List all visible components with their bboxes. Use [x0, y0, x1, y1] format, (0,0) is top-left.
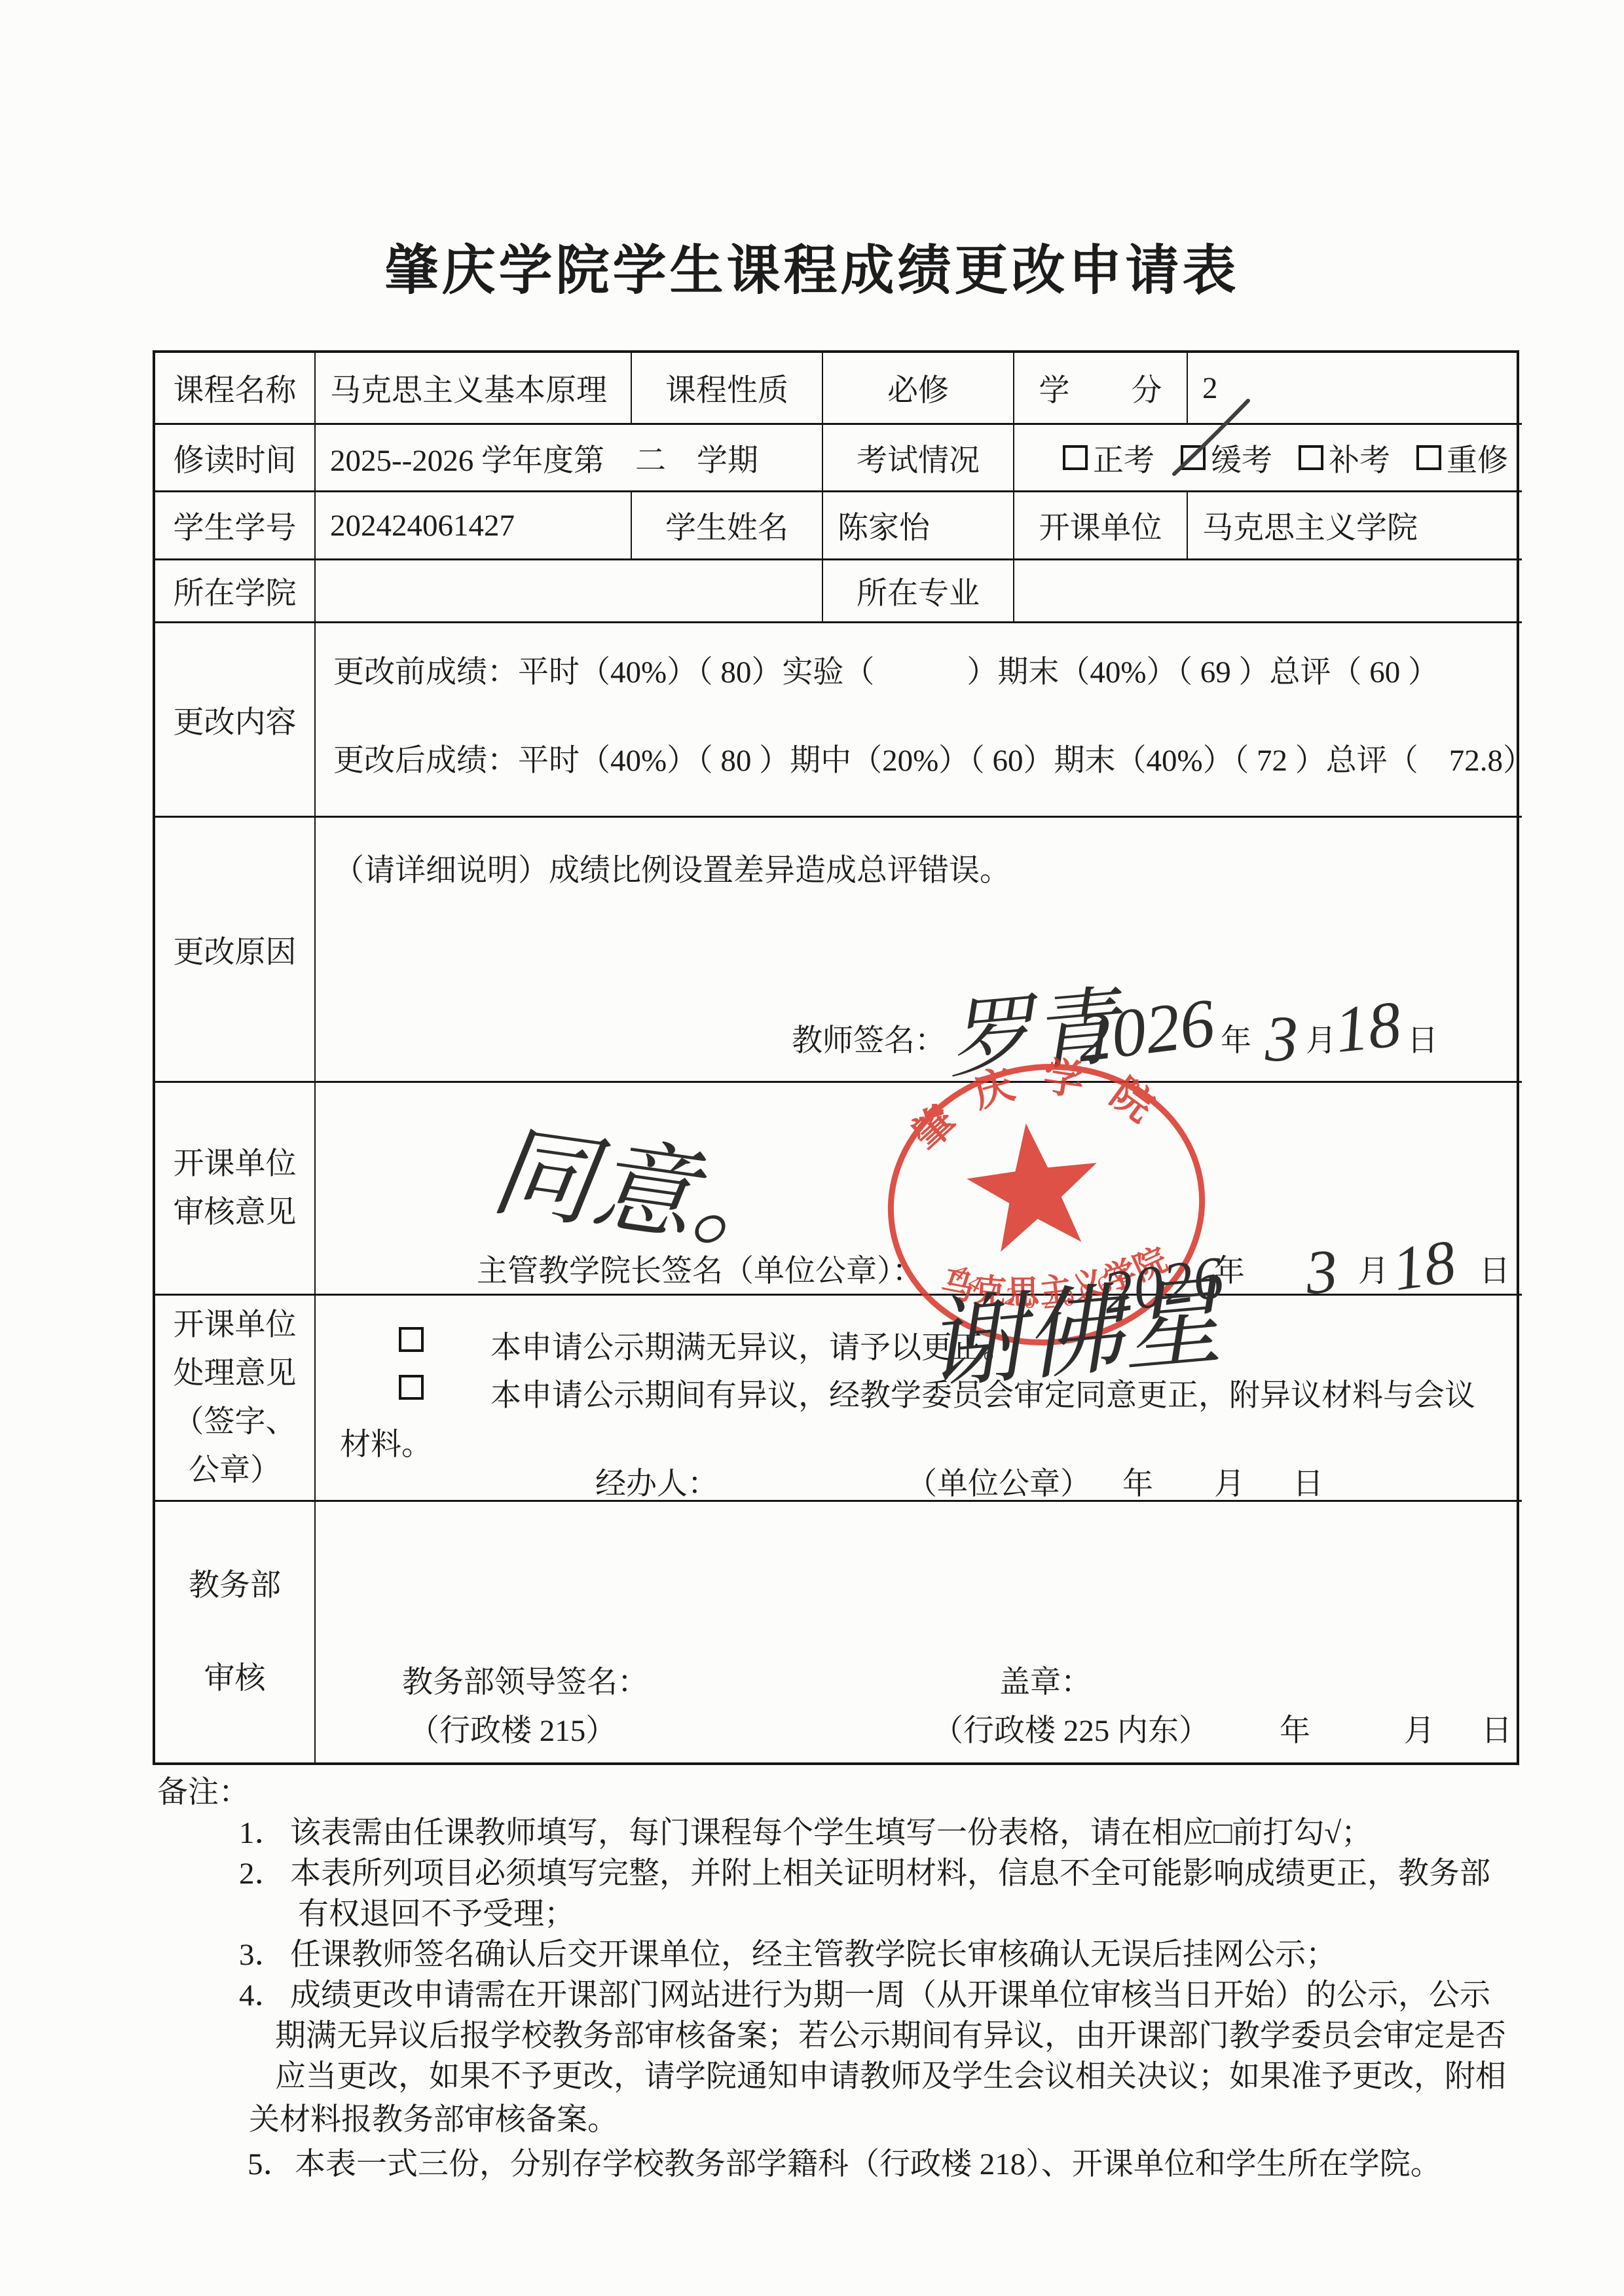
student-name-value: 陈家怡 [823, 492, 1014, 560]
decision-option2-cont: 材料。 [340, 1420, 432, 1464]
dean-sign-label: 主管教学院长签名（单位公章）： [477, 1247, 923, 1290]
course-name-value: 马克思主义基本原理 [316, 353, 632, 425]
exam-options-group: 正考 缓考 补考 重修 [1014, 425, 1522, 492]
unit-decision-label-line2: 处理意见 [174, 1349, 297, 1398]
course-unit-label: 开课单位 [1014, 492, 1188, 560]
exam-option-bukao: 补考 [1299, 436, 1390, 480]
teacher-month-label: 月 [1306, 1016, 1337, 1060]
agent-label: 经办人： [595, 1459, 718, 1503]
note-4-text-line4: 关材料报教务部审核备案。 [249, 2095, 618, 2139]
note-4-text-line2: 期满无异议后报学校教务部审核备案；若公示期间有异议，由开课部门教学委员会审定是否 [275, 2011, 1506, 2055]
unit-review-cell: 主管教学院长签名（单位公章）： 年 月 日 [316, 1083, 1522, 1296]
course-unit-value: 马克思主义学院 [1188, 492, 1522, 560]
unit-decision-label-line1: 开课单位 [174, 1301, 297, 1349]
unit-review-label: 开课单位 审核意见 [155, 1083, 316, 1296]
major-value [1014, 560, 1522, 623]
change-reason-cell: （请详细说明）成绩比例设置差异造成总评错误。 教师签名： 年 月 日 [316, 818, 1522, 1083]
note-4-text-line1: 成绩更改申请需在开课部门网站进行为期一周（从开课单位审核当日开始）的公示，公示 [290, 1971, 1490, 2014]
study-time-label: 修读时间 [155, 425, 316, 492]
dept-review-cell: 教务部领导签名： 盖章： （行政楼 215） （行政楼 225 内东） 年 月 … [316, 1502, 1522, 1762]
exam-status-label: 考试情况 [823, 425, 1014, 492]
course-type-label: 课程性质 [632, 353, 823, 425]
agent-day-label: 日 [1293, 1459, 1323, 1503]
checkbox-bukao[interactable] [1299, 445, 1323, 470]
note-1-num: 1． [239, 1808, 286, 1852]
credit-label: 学 分 [1014, 353, 1188, 425]
note-3-num: 3． [239, 1930, 286, 1974]
decision-option2-text: 本申请公示期间有异议，经教学委员会审定同意更正，附异议材料与会议 [490, 1371, 1475, 1415]
note-2-text-line2: 有权退回不予受理； [298, 1889, 575, 1933]
change-reason-label: 更改原因 [155, 818, 316, 1083]
unit-seal-label: （单位公章） [906, 1459, 1091, 1503]
grade-before-line: 更改前成绩：平时（40%）（ 80）实验（ ）期末（40%）（ 69 ）总评（ … [333, 647, 1439, 691]
note-5-text: 本表一式三份，分别存学校教务部学籍科（行政楼 218）、开课单位和学生所在学院。 [295, 2140, 1441, 2183]
dept-review-label: 教务部 审核 [155, 1502, 316, 1762]
note-2-text-line1: 本表所列项目必须填写完整，并附上相关证明材料，信息不全可能影响成绩更正，教务部 [290, 1849, 1490, 1893]
dept-review-label-line1: 教务部 [189, 1571, 281, 1601]
unit-decision-label-line3: （签字、 [174, 1398, 297, 1446]
grade-change-form-table: 课程名称 马克思主义基本原理 课程性质 必修 学 分 2 修读时间 2025--… [153, 350, 1519, 1765]
note-3-text: 任课教师签名确认后交开课单位，经主管教学院长审核确认无误后挂网公示； [290, 1930, 1337, 1974]
dept-month-label: 月 [1404, 1706, 1435, 1750]
unit-review-label-line1: 开课单位 [174, 1140, 297, 1188]
teacher-year-label: 年 [1221, 1016, 1251, 1060]
unit-review-label-line2: 审核意见 [174, 1188, 297, 1237]
study-time-value: 2025--2026 学年度第 二 学期 [316, 425, 823, 492]
course-type-value: 必修 [823, 353, 1014, 425]
note-2-num: 2． [239, 1849, 286, 1893]
checkbox-zhengkao[interactable] [1063, 445, 1088, 470]
college-label: 所在学院 [155, 560, 316, 623]
exam-option-zhengkao: 正考 [1063, 436, 1154, 480]
agent-year-label: 年 [1122, 1459, 1153, 1503]
dept-day-label: 日 [1481, 1706, 1512, 1750]
exam-option-label: 正考 [1093, 436, 1154, 480]
dept-addr1: （行政楼 215） [409, 1706, 616, 1750]
note-4-num: 4． [239, 1971, 286, 2014]
exam-option-huankao: 缓考 [1181, 436, 1272, 480]
dept-year-label: 年 [1280, 1706, 1310, 1750]
checkbox-no-objection[interactable] [399, 1327, 424, 1352]
agent-month-label: 月 [1214, 1459, 1245, 1503]
decision-option1-text: 本申请公示期满无异议，请予以更正。 [490, 1323, 1014, 1367]
unit-decision-label-line4: 公章） [189, 1446, 281, 1495]
dept-sign-label: 教务部领导签名： [402, 1658, 648, 1702]
student-id-label: 学生学号 [155, 492, 316, 560]
exam-option-label: 补考 [1329, 436, 1390, 480]
teacher-sign-label: 教师签名： [792, 1016, 946, 1060]
dept-addr2: （行政楼 225 内东） [932, 1706, 1209, 1750]
exam-option-label: 缓考 [1211, 436, 1272, 480]
dean-year-label: 年 [1214, 1247, 1245, 1290]
credit-value: 2 [1188, 353, 1522, 425]
major-label: 所在专业 [823, 560, 1014, 623]
page-title: 肇庆学院学生课程成绩更改申请表 [0, 228, 1624, 304]
teacher-day-label: 日 [1407, 1016, 1438, 1060]
reason-text: （请详细说明）成绩比例设置差异造成总评错误。 [333, 846, 1010, 890]
dean-day-label: 日 [1479, 1247, 1510, 1290]
grade-after-line: 更改后成绩：平时（40%）（ 80 ）期中（20%）（ 60）期末（40%）（ … [333, 736, 1534, 780]
exam-option-label: 重修 [1447, 436, 1508, 480]
unit-decision-cell: 本申请公示期满无异议，请予以更正。 本申请公示期间有异议，经教学委员会审定同意更… [316, 1296, 1522, 1502]
checkbox-objection[interactable] [399, 1375, 424, 1400]
note-1-text: 该表需由任课教师填写，每门课程每个学生填写一份表格，请在相应□前打勾√； [290, 1808, 1372, 1852]
student-id-value: 202424061427 [316, 492, 632, 560]
scanned-form-page: 肇庆学院学生课程成绩更改申请表 课程名称 马克思主义基本原理 课程性质 必修 学… [0, 0, 1624, 2296]
dean-month-label: 月 [1358, 1247, 1389, 1290]
course-name-label: 课程名称 [155, 353, 316, 425]
note-5-num: 5． [248, 2140, 294, 2183]
change-content-label: 更改内容 [155, 623, 316, 818]
unit-decision-label: 开课单位 处理意见 （签字、 公章） [155, 1296, 316, 1502]
seal-label: 盖章： [999, 1658, 1092, 1702]
exam-option-chongxiu: 重修 [1416, 436, 1508, 480]
note-4-text-line3: 应当更改，如果不予更改，请学院通知申请教师及学生会议相关决议；如果准予更改，附相 [275, 2052, 1506, 2096]
checkbox-chongxiu[interactable] [1416, 445, 1441, 470]
notes-header: 备注： [157, 1768, 249, 1812]
checkbox-huankao-checked[interactable] [1181, 445, 1206, 470]
student-name-label: 学生姓名 [632, 492, 823, 560]
dept-review-label-line2: 审核 [204, 1664, 266, 1694]
college-value [316, 560, 823, 623]
change-content-cell: 更改前成绩：平时（40%）（ 80）实验（ ）期末（40%）（ 69 ）总评（ … [316, 623, 1522, 818]
